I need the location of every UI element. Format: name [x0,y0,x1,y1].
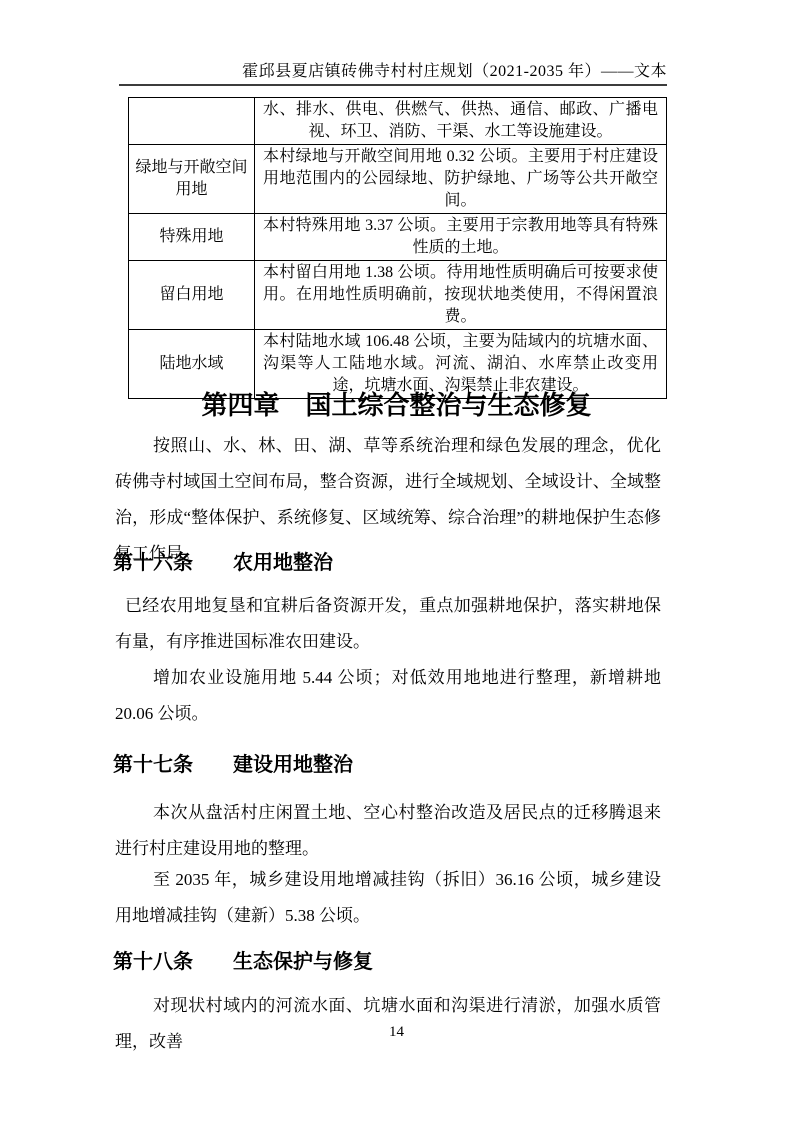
row-content-cell: 本村特殊用地 3.37 公顷。主要用于宗教用地等具有特殊性质的土地。 [255,214,667,261]
document-page: 霍邱县夏店镇砖佛寺村村庄规划（2021-2035 年）——文本 水、排水、供电、… [0,0,793,1122]
land-use-table: 水、排水、供电、供燃气、供热、通信、邮政、广播电视、环卫、消防、干渠、水工等设施… [128,97,667,399]
section-paragraph: 已经农用地复垦和宜耕后备资源开发，重点加强耕地保护，落实耕地保有量，有序推进国标… [115,588,661,660]
section-paragraph: 增加农业设施用地 5.44 公顷；对低效用地地进行整理，新增耕地 20.06 公… [115,660,661,732]
chapter-title-text: 国土综合整治与生态修复 [306,391,592,420]
section-title: 建设用地整治 [233,754,353,776]
section-number: 第十六条 [113,552,193,574]
section-title: 生态保护与修复 [233,951,373,973]
section-number: 第十七条 [113,754,193,776]
running-header: 霍邱县夏店镇砖佛寺村村庄规划（2021-2035 年）——文本 [242,58,667,81]
section-paragraph: 本次从盘活村庄闲置土地、空心村整治改造及居民点的迁移腾退来进行村庄建设用地的整理… [115,795,661,867]
table-row: 留白用地 本村留白用地 1.38 公顷。待用地性质明确后可按要求使用。在用地性质… [129,261,667,330]
row-label-cell [129,98,255,145]
section-title: 农用地整治 [233,552,333,574]
chapter-title: 第四章国土综合整治与生态修复 [0,385,793,422]
section-heading-16: 第十六条农用地整治 [113,546,333,575]
table-row: 水、排水、供电、供燃气、供热、通信、邮政、广播电视、环卫、消防、干渠、水工等设施… [129,98,667,145]
table-row: 特殊用地 本村特殊用地 3.37 公顷。主要用于宗教用地等具有特殊性质的土地。 [129,214,667,261]
section-paragraph: 至 2035 年，城乡建设用地增减挂钩（拆旧）36.16 公顷，城乡建设用地增减… [115,862,661,934]
page-number: 14 [0,1024,793,1041]
row-label-cell: 留白用地 [129,261,255,330]
row-label-cell: 特殊用地 [129,214,255,261]
table-row: 绿地与开敞空间用地 本村绿地与开敞空间用地 0.32 公顷。主要用于村庄建设用地… [129,145,667,214]
row-content-cell: 本村留白用地 1.38 公顷。待用地性质明确后可按要求使用。在用地性质明确前，按… [255,261,667,330]
row-label-cell: 绿地与开敞空间用地 [129,145,255,214]
section-heading-17: 第十七条建设用地整治 [113,748,353,777]
section-heading-18: 第十八条生态保护与修复 [113,945,373,974]
section-number: 第十八条 [113,951,193,973]
chapter-number: 第四章 [201,391,279,420]
row-content-cell: 水、排水、供电、供燃气、供热、通信、邮政、广播电视、环卫、消防、干渠、水工等设施… [255,98,667,145]
header-rule [119,84,667,86]
row-content-cell: 本村绿地与开敞空间用地 0.32 公顷。主要用于村庄建设用地范围内的公园绿地、防… [255,145,667,214]
